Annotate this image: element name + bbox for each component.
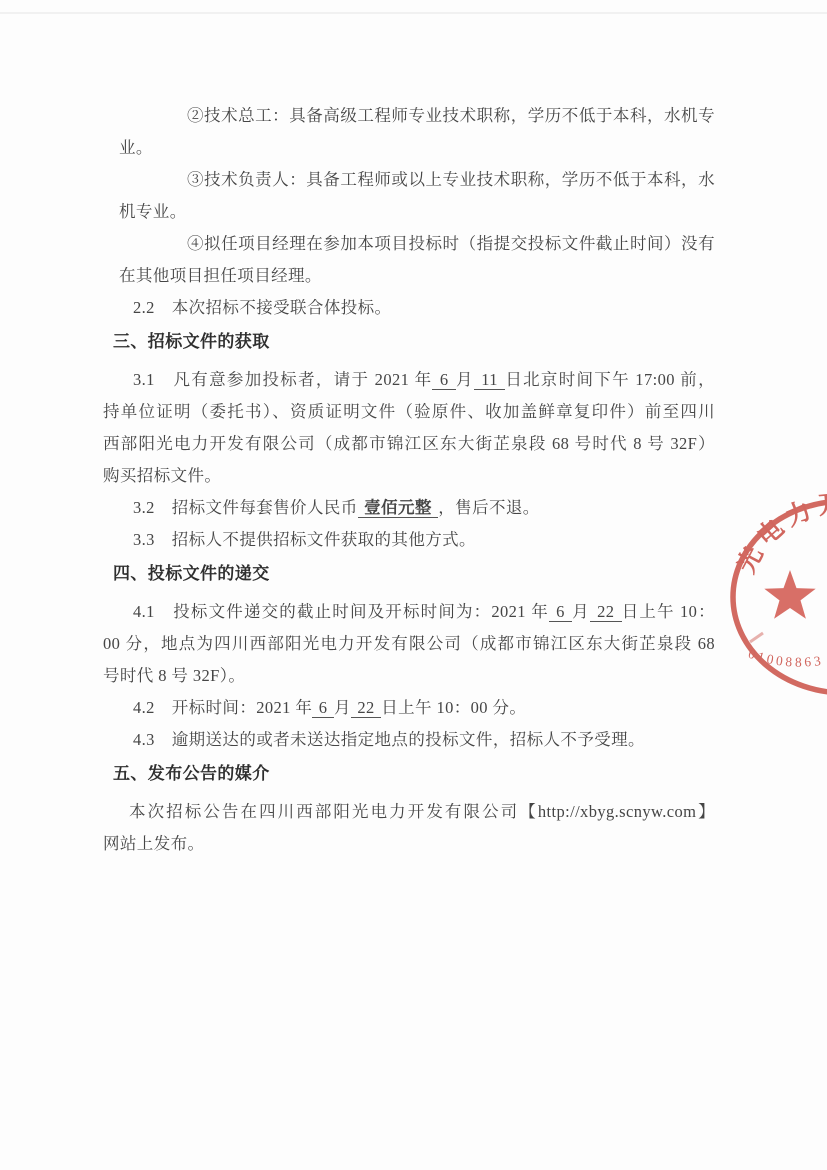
company-seal-stamp: 光电力开 01008863 [690,492,827,717]
para-tech-director-line2: 业。 [103,132,715,164]
text-run: 4.2 开标时间：2021 年 [133,698,312,717]
text-run: 机专业。 [119,202,187,221]
text-run: 月 [572,602,590,621]
text-run: 持单位证明（委托书）、资质证明文件（验原件、收加盖鲜章复印件）前至四川 [103,402,715,421]
text-run: 在其他项目担任项目经理。 [119,266,322,285]
text-run: 3.3 招标人不提供招标文件获取的其他方式。 [133,530,476,549]
clause-3-2: 3.2 招标文件每套售价人民币 壹佰元整 ，售后不退。 [103,492,715,524]
clause-4-3: 4.3 逾期送达的或者未送达指定地点的投标文件，招标人不予受理。 [103,724,715,756]
para-project-manager-line1: ④拟任项目经理在参加本项目投标时（指提交投标文件截止时间）没有 [103,228,715,260]
clause-3-1-line3: 西部阳光电力开发有限公司（成都市锦江区东大街芷泉段 68 号时代 8 号 32F… [103,428,715,460]
heading-text: 五、发布公告的媒介 [113,764,270,783]
underlined-price-amount: 壹佰元整 [358,498,439,518]
para-media-line2: 网站上发布。 [103,828,715,860]
underlined-day-value: 11 [474,370,506,390]
clause-3-1-line2: 持单位证明（委托书）、资质证明文件（验原件、收加盖鲜章复印件）前至四川 [103,396,715,428]
text-run: 月 [334,698,351,717]
scan-artifact-line [0,12,827,14]
clause-3-1-line1: 3.1 凡有意参加投标者，请于 2021 年 6 月 11 日北京时间下午 17… [103,364,715,396]
text-run: ③技术负责人：具备工程师或以上专业技术职称，学历不低于本科，水 [187,170,715,189]
para-tech-director-line1: ②技术总工：具备高级工程师专业技术职称，学历不低于本科，水机专 [103,100,715,132]
underlined-day-value: 22 [590,602,622,622]
text-run: 日北京时间下午 17:00 前， [505,370,715,389]
seal-star-icon [764,570,815,619]
seal-fragment [750,633,763,642]
clause-2-2: 2.2 本次招标不接受联合体投标。 [103,292,715,324]
underlined-month-value: 6 [432,370,456,390]
text-run: 00 分，地点为四川西部阳光电力开发有限公司（成都市锦江区东大街芷泉段 68 [103,634,715,653]
clause-4-1-line3: 号时代 8 号 32F）。 [103,660,715,692]
underlined-day-value: 22 [351,698,381,718]
text-run: 购买招标文件。 [103,466,221,485]
text-run: 4.1 投标文件递交的截止时间及开标时间为：2021 年 [133,602,549,621]
seal-company-arc-text: 光电力开 [732,492,827,578]
text-run: 西部阳光电力开发有限公司（成都市锦江区东大街芷泉段 68 号时代 8 号 32F… [103,434,715,453]
document-page: ②技术总工：具备高级工程师专业技术职称，学历不低于本科，水机专 业。 ③技术负责… [0,0,827,1170]
para-project-manager-line2: 在其他项目担任项目经理。 [103,260,715,292]
clause-4-1-line1: 4.1 投标文件递交的截止时间及开标时间为：2021 年 6 月 22 日上午 … [103,596,715,628]
heading-section-4: 四、投标文件的递交 [103,558,715,590]
text-run: 日上午 10：00 分。 [381,698,526,717]
heading-section-5: 五、发布公告的媒介 [103,758,715,790]
text-run: ，售后不退。 [438,498,539,517]
para-tech-lead-line1: ③技术负责人：具备工程师或以上专业技术职称，学历不低于本科，水 [103,164,715,196]
text-run: ②技术总工：具备高级工程师专业技术职称，学历不低于本科，水机专 [187,106,715,125]
heading-text: 三、招标文件的获取 [113,332,270,351]
underlined-month-value: 6 [549,602,572,622]
svg-text:01008863: 01008863 [746,646,824,670]
clause-3-1-line4: 购买招标文件。 [103,460,715,492]
text-run: 号时代 8 号 32F）。 [103,666,245,685]
text-run: 网站上发布。 [103,834,204,853]
heading-section-3: 三、招标文件的获取 [103,326,715,358]
text-run: 月 [456,370,474,389]
text-run: 4.3 逾期送达的或者未送达指定地点的投标文件，招标人不予受理。 [133,730,645,749]
text-run: 本次招标公告在四川西部阳光电力开发有限公司【http://xbyg.scnyw.… [129,802,715,821]
para-media-line1: 本次招标公告在四川西部阳光电力开发有限公司【http://xbyg.scnyw.… [103,796,715,828]
text-run: 业。 [119,138,153,157]
clause-3-3: 3.3 招标人不提供招标文件获取的其他方式。 [103,524,715,556]
document-body: ②技术总工：具备高级工程师专业技术职称，学历不低于本科，水机专 业。 ③技术负责… [103,100,715,860]
text-run: 3.1 凡有意参加投标者，请于 2021 年 [133,370,432,389]
clause-4-2: 4.2 开标时间：2021 年 6 月 22 日上午 10：00 分。 [103,692,715,724]
svg-text:光电力开: 光电力开 [732,492,827,578]
underlined-month-value: 6 [312,698,334,718]
heading-text: 四、投标文件的递交 [113,564,270,583]
seal-serial-number: 01008863 [746,646,824,670]
text-run: 3.2 招标文件每套售价人民币 [133,498,358,517]
clause-4-1-line2: 00 分，地点为四川西部阳光电力开发有限公司（成都市锦江区东大街芷泉段 68 [103,628,715,660]
text-run: 2.2 本次招标不接受联合体投标。 [133,298,391,317]
para-tech-lead-line2: 机专业。 [103,196,715,228]
text-run: ④拟任项目经理在参加本项目投标时（指提交投标文件截止时间）没有 [187,234,715,253]
